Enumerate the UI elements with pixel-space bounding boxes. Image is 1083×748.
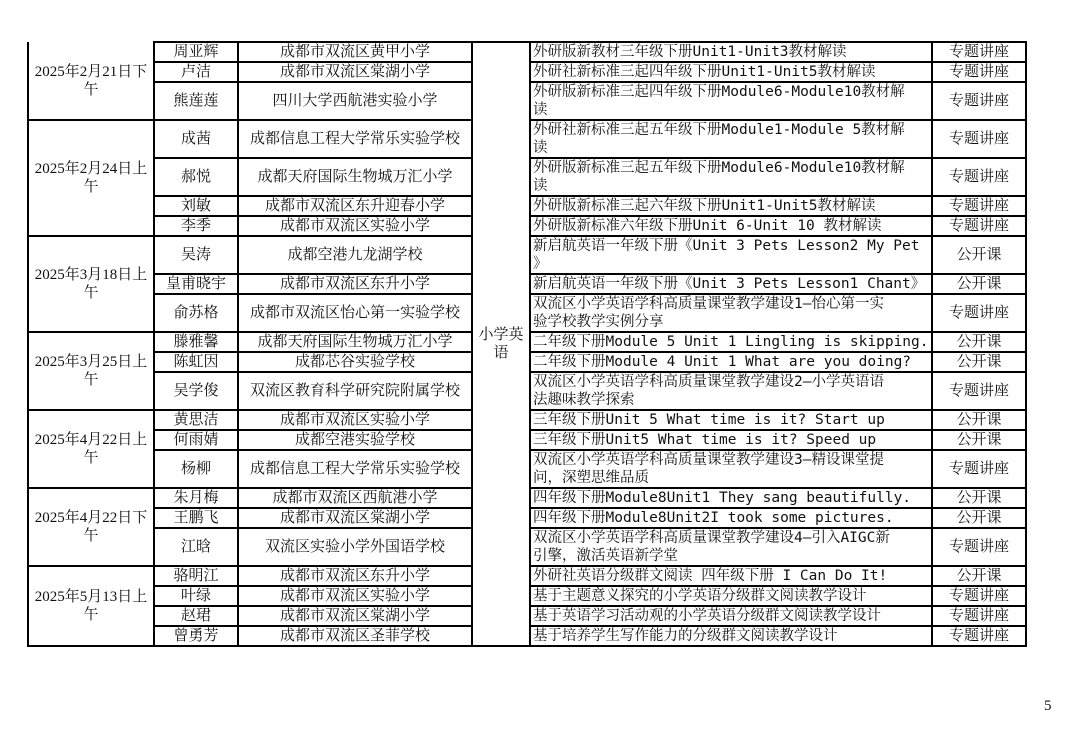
topic-cell: 四年级下册Module8Unit1 They sang beautifully. <box>530 488 932 508</box>
activity-type-cell: 专题讲座 <box>932 372 1026 410</box>
teacher-name-cell: 皇甫晓宇 <box>154 274 238 294</box>
topic-cell: 外研社新标准三起五年级下册Module1-Module 5教材解 读 <box>530 120 932 158</box>
topic-cell: 基于培养学生写作能力的分级群文阅读教学设计 <box>530 626 932 646</box>
date-cell: 2025年4月22日下 午 <box>28 488 154 566</box>
activity-type-cell: 公开课 <box>932 236 1026 274</box>
activity-type-cell: 公开课 <box>932 508 1026 528</box>
school-cell: 成都市双流区实验小学 <box>238 586 472 606</box>
school-cell: 成都市双流区怡心第一实验学校 <box>238 294 472 332</box>
activity-type-cell: 专题讲座 <box>932 294 1026 332</box>
topic-cell: 四年级下册Module8Unit2I took some pictures. <box>530 508 932 528</box>
school-cell: 双流区教育科学研究院附属学校 <box>238 372 472 410</box>
activity-type-cell: 专题讲座 <box>932 196 1026 216</box>
topic-cell: 三年级下册Unit 5 What time is it? Start up <box>530 410 932 430</box>
teacher-name-cell: 黄思洁 <box>154 410 238 430</box>
school-cell: 成都市双流区东升小学 <box>238 274 472 294</box>
school-cell: 双流区实验小学外国语学校 <box>238 528 472 566</box>
topic-cell: 外研版新标准三起五年级下册Module6-Module10教材解 读 <box>530 158 932 196</box>
school-cell: 四川大学西航港实验小学 <box>238 82 472 120</box>
date-cell: 2025年4月22日上 午 <box>28 410 154 488</box>
school-cell: 成都市双流区实验小学 <box>238 216 472 236</box>
teacher-name-cell: 成茜 <box>154 120 238 158</box>
topic-cell: 双流区小学英语学科高质量课堂教学建设1—怡心第一实 验学校教学实例分享 <box>530 294 932 332</box>
schedule-table-body: 2025年2月21日下 午周亚辉成都市双流区黄甲小学小学英 语外研版新教材三年级… <box>28 42 1026 646</box>
teacher-name-cell: 何雨婧 <box>154 430 238 450</box>
activity-type-cell: 专题讲座 <box>932 606 1026 626</box>
date-cell: 2025年3月18日上 午 <box>28 236 154 332</box>
topic-cell: 二年级下册Module 5 Unit 1 Lingling is skippin… <box>530 332 932 352</box>
topic-cell: 三年级下册Unit5 What time is it? Speed up <box>530 430 932 450</box>
school-cell: 成都市双流区西航港小学 <box>238 488 472 508</box>
topic-cell: 外研版新教材三年级下册Unit1-Unit3教材解读 <box>530 42 932 62</box>
school-cell: 成都空港九龙湖学校 <box>238 236 472 274</box>
activity-type-cell: 公开课 <box>932 488 1026 508</box>
activity-type-cell: 专题讲座 <box>932 450 1026 488</box>
activity-type-cell: 专题讲座 <box>932 528 1026 566</box>
teacher-name-cell: 刘敏 <box>154 196 238 216</box>
school-cell: 成都天府国际生物城万汇小学 <box>238 158 472 196</box>
teacher-name-cell: 曾勇芳 <box>154 626 238 646</box>
date-cell: 2025年3月25日上 午 <box>28 332 154 410</box>
teacher-name-cell: 江晗 <box>154 528 238 566</box>
activity-type-cell: 公开课 <box>932 332 1026 352</box>
school-cell: 成都空港实验学校 <box>238 430 472 450</box>
teacher-name-cell: 滕雅馨 <box>154 332 238 352</box>
teacher-name-cell: 李季 <box>154 216 238 236</box>
school-cell: 成都市双流区棠湖小学 <box>238 62 472 82</box>
teacher-name-cell: 骆明江 <box>154 566 238 586</box>
school-cell: 成都信息工程大学常乐实验学校 <box>238 450 472 488</box>
activity-type-cell: 专题讲座 <box>932 42 1026 62</box>
teacher-name-cell: 王鹏飞 <box>154 508 238 528</box>
activity-type-cell: 专题讲座 <box>932 62 1026 82</box>
topic-cell: 二年级下册Module 4 Unit 1 What are you doing? <box>530 352 932 372</box>
activity-type-cell: 专题讲座 <box>932 586 1026 606</box>
school-cell: 成都市双流区黄甲小学 <box>238 42 472 62</box>
teacher-name-cell: 卢洁 <box>154 62 238 82</box>
teacher-name-cell: 赵珺 <box>154 606 238 626</box>
teacher-name-cell: 叶绿 <box>154 586 238 606</box>
teacher-name-cell: 俞苏格 <box>154 294 238 332</box>
topic-cell: 基于主题意义探究的小学英语分级群文阅读教学设计 <box>530 586 932 606</box>
activity-type-cell: 专题讲座 <box>932 216 1026 236</box>
topic-cell: 双流区小学英语学科高质量课堂教学建设3—精设课堂提 问，深塑思维品质 <box>530 450 932 488</box>
school-cell: 成都市双流区棠湖小学 <box>238 606 472 626</box>
teacher-name-cell: 陈虹因 <box>154 352 238 372</box>
date-cell: 2025年2月21日下 午 <box>28 42 154 120</box>
activity-type-cell: 公开课 <box>932 566 1026 586</box>
activity-type-cell: 公开课 <box>932 274 1026 294</box>
topic-cell: 外研社新标准三起四年级下册Unit1-Unit5教材解读 <box>530 62 932 82</box>
schedule-table: 2025年2月21日下 午周亚辉成都市双流区黄甲小学小学英 语外研版新教材三年级… <box>27 41 1027 647</box>
topic-cell: 外研版新标准三起四年级下册Module6-Module10教材解 读 <box>530 82 932 120</box>
school-cell: 成都市双流区实验小学 <box>238 410 472 430</box>
table-row: 2025年2月21日下 午周亚辉成都市双流区黄甲小学小学英 语外研版新教材三年级… <box>28 42 1026 62</box>
school-cell: 成都市双流区棠湖小学 <box>238 508 472 528</box>
school-cell: 成都市双流区东升小学 <box>238 566 472 586</box>
teacher-name-cell: 杨柳 <box>154 450 238 488</box>
activity-type-cell: 公开课 <box>932 430 1026 450</box>
activity-type-cell: 专题讲座 <box>932 82 1026 120</box>
school-cell: 成都天府国际生物城万汇小学 <box>238 332 472 352</box>
topic-cell: 外研版新标准三起六年级下册Unit1-Unit5教材解读 <box>530 196 932 216</box>
school-cell: 成都市双流区东升迎春小学 <box>238 196 472 216</box>
subject-label-cell: 小学英 语 <box>472 42 530 646</box>
teacher-name-cell: 朱月梅 <box>154 488 238 508</box>
school-cell: 成都信息工程大学常乐实验学校 <box>238 120 472 158</box>
teacher-name-cell: 吴学俊 <box>154 372 238 410</box>
date-cell: 2025年5月13日上 午 <box>28 566 154 646</box>
activity-type-cell: 专题讲座 <box>932 120 1026 158</box>
activity-type-cell: 公开课 <box>932 352 1026 372</box>
page-number: 5 <box>1044 698 1052 715</box>
activity-type-cell: 公开课 <box>932 410 1026 430</box>
teacher-name-cell: 周亚辉 <box>154 42 238 62</box>
school-cell: 成都芯谷实验学校 <box>238 352 472 372</box>
activity-type-cell: 专题讲座 <box>932 158 1026 196</box>
topic-cell: 基于英语学习活动观的小学英语分级群文阅读教学设计 <box>530 606 932 626</box>
school-cell: 成都市双流区圣菲学校 <box>238 626 472 646</box>
topic-cell: 外研社英语分级群文阅读 四年级下册 I Can Do It! <box>530 566 932 586</box>
activity-type-cell: 专题讲座 <box>932 626 1026 646</box>
date-cell: 2025年2月24日上 午 <box>28 120 154 236</box>
document-page: 2025年2月21日下 午周亚辉成都市双流区黄甲小学小学英 语外研版新教材三年级… <box>0 0 1083 748</box>
topic-cell: 新启航英语一年级下册《Unit 3 Pets Lesson1 Chant》 <box>530 274 932 294</box>
topic-cell: 外研版新标准六年级下册Unit 6-Unit 10 教材解读 <box>530 216 932 236</box>
teacher-name-cell: 熊莲莲 <box>154 82 238 120</box>
teacher-name-cell: 吴涛 <box>154 236 238 274</box>
topic-cell: 新启航英语一年级下册《Unit 3 Pets Lesson2 My Pet 》 <box>530 236 932 274</box>
topic-cell: 双流区小学英语学科高质量课堂教学建设2—小学英语语 法趣味教学探索 <box>530 372 932 410</box>
teacher-name-cell: 郝悦 <box>154 158 238 196</box>
topic-cell: 双流区小学英语学科高质量课堂教学建设4—引入AIGC新 引擎，激活英语新学堂 <box>530 528 932 566</box>
